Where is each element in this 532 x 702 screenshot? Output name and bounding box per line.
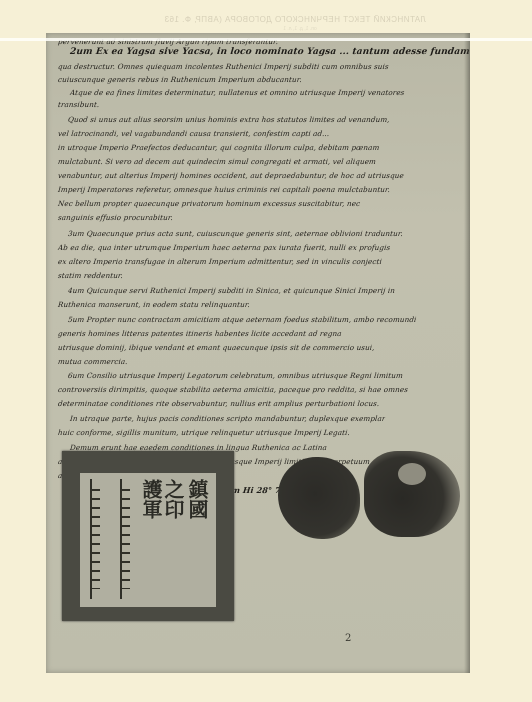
seal-chinese-column: 鎮國 bbox=[184, 479, 209, 519]
wax-seal-left bbox=[278, 457, 360, 539]
text-line: mulctabunt. Si vero ad decem aut quindec… bbox=[58, 157, 377, 166]
text-line: Imperij Imperatores referetur, omnesque … bbox=[58, 185, 391, 194]
text-line: ex altero Imperio transfugae in alterum … bbox=[58, 257, 383, 266]
manchu-script-column bbox=[120, 479, 136, 599]
text-line: vel latrocinandi, vel vagabundandi causa… bbox=[58, 129, 330, 138]
manchu-script-column bbox=[90, 479, 106, 599]
text-line: cuiuscunque generis rebus in Ruthenicum … bbox=[58, 75, 303, 84]
text-line: venabuntur, aut alterius Imperij homines… bbox=[58, 171, 405, 180]
text-line: sanguinis effusio procurabitur. bbox=[58, 213, 174, 222]
page-mark: 2 bbox=[345, 633, 351, 644]
text-line: in utroque Imperio Praefectos deducantur… bbox=[58, 143, 380, 152]
text-line: generis homines litteras patentes itiner… bbox=[58, 329, 343, 338]
text-line: 5um Propter nunc contractam amicitiam at… bbox=[68, 315, 417, 324]
text-line: utriusque dominij, ibique vendant et ema… bbox=[58, 343, 376, 352]
text-line: 4um Quicunque servi Ruthenici Imperij su… bbox=[68, 286, 396, 295]
text-line: Ab ea die, qua inter utrumque Imperium h… bbox=[58, 243, 391, 252]
manuscript-page: pervenerunt ad sinistram fluvij Argun ri… bbox=[46, 33, 470, 673]
text-line: transibunt. bbox=[58, 100, 100, 109]
seal-chinese-column: 之印 bbox=[160, 479, 185, 519]
text-line: controversiis dirimpitis, quoque stabili… bbox=[58, 385, 409, 394]
wax-seal-right-highlight bbox=[398, 463, 426, 485]
text-line: huic conforme, sigillis munitum, utrique… bbox=[58, 428, 351, 437]
text-line: Nec bellum propter quaecunque privatorum… bbox=[58, 199, 361, 208]
scan-artifact-line bbox=[0, 38, 532, 41]
chinese-manchu-seal: 護軍 之印 鎮國 bbox=[62, 451, 234, 621]
text-line: determinatae conditiones rite observabun… bbox=[58, 399, 380, 408]
text-line: statim reddentur. bbox=[58, 271, 124, 280]
text-line: 2um Ex ea Yagsa sive Yacsa, in loco nomi… bbox=[69, 47, 470, 57]
text-line: In utraque parte, hujus pacis conditione… bbox=[70, 414, 386, 423]
text-line: 3um Quaecunque prius acta sunt, cuiuscun… bbox=[68, 229, 404, 238]
text-line: Ruthenica manserunt, in eodem statu reli… bbox=[58, 300, 251, 309]
text-line: Atque de ea fines limites determinatur, … bbox=[70, 88, 405, 97]
text-line: Quod si unus aut alius seorsim unius hom… bbox=[68, 115, 391, 124]
text-line: 6um Consilio utriusque Imperij Legatorum… bbox=[68, 371, 404, 380]
text-line: qua destructur. Omnes quiequam incolente… bbox=[58, 62, 390, 71]
text-line: mutua commercia. bbox=[58, 357, 129, 366]
seal-field: 護軍 之印 鎮國 bbox=[80, 473, 216, 607]
